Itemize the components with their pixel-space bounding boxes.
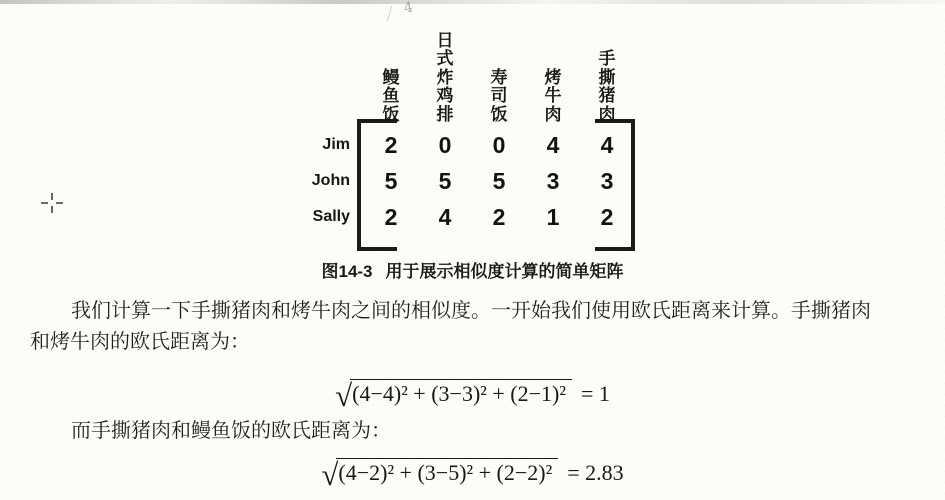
formula-radicand: (4−2)² + (3−5)² + (2−2)²	[336, 458, 558, 486]
matrix-cell: 2	[472, 199, 526, 235]
matrix-column-header-pulled-pork: 手撕猪肉	[580, 50, 634, 124]
column-header-label: 寿司饭	[490, 69, 508, 125]
crosshair-cursor-icon	[41, 192, 63, 214]
formula-radicand: (4−4)² + (3−3)² + (2−1)²	[350, 379, 572, 407]
paragraph-line: 我们计算一下手撕猪肉和烤牛肉之间的相似度。一开始我们使用欧氏距离来计算。手撕猪肉	[30, 296, 916, 327]
column-header-label: 日式炸鸡排	[436, 32, 454, 125]
radical-sign: √	[321, 459, 336, 490]
matrix-cell: 2	[364, 127, 418, 163]
matrix-row-labels: Jim John Sally	[262, 127, 350, 235]
scan-edge-artifact	[0, 0, 945, 4]
matrix-cell: 3	[526, 163, 580, 199]
column-header-label: 鳗鱼饭	[382, 69, 400, 125]
matrix-cell: 1	[526, 199, 580, 235]
matrix-cell: 0	[418, 127, 472, 163]
matrix-column-header-eel-rice: 鳗鱼饭	[364, 69, 418, 125]
matrix-cell: 4	[580, 127, 634, 163]
matrix-column-headers: 鳗鱼饭 日式炸鸡排 寿司饭 烤牛肉 手撕猪肉	[364, 12, 634, 124]
matrix-cell: 2	[580, 199, 634, 235]
matrix-cell: 2	[364, 199, 418, 235]
matrix-cell: 5	[472, 163, 526, 199]
matrix-cell: 5	[418, 163, 472, 199]
figure-caption-text: 用于展示相似度计算的简单矩阵	[386, 262, 624, 281]
figure-caption: 图14-3用于展示相似度计算的简单矩阵	[0, 257, 945, 282]
matrix-cell: 0	[472, 127, 526, 163]
matrix-column-header-roast-beef: 烤牛肉	[526, 69, 580, 125]
matrix-row-label-sally: Sally	[262, 199, 350, 235]
formula-result: = 2.83	[567, 460, 623, 485]
figure-caption-number: 图14-3	[321, 262, 372, 281]
matrix-row: 5 5 5 3 3	[364, 163, 634, 199]
matrix-column-header-fried-chicken: 日式炸鸡排	[418, 32, 472, 125]
matrix-row: 2 0 0 4 4	[364, 127, 634, 163]
radical-sign: √	[335, 380, 350, 411]
paragraph-eel-rice-distance: 而手撕猪肉和鳗鱼饭的欧氏距离为：	[30, 416, 916, 447]
matrix-column-header-sushi: 寿司饭	[472, 69, 526, 125]
matrix-cell: 4	[526, 127, 580, 163]
matrix-row-label-john: John	[262, 163, 350, 199]
euclidean-distance-formula-1: √(4−4)² + (3−3)² + (2−1)²= 1	[0, 379, 945, 411]
matrix-values-grid: 2 0 0 4 4 5 5 5 3 3 2 4 2 1 2	[364, 127, 634, 235]
matrix-cell: 4	[418, 199, 472, 235]
column-header-label: 烤牛肉	[544, 69, 562, 125]
euclidean-distance-formula-2: √(4−2)² + (3−5)² + (2−2)²= 2.83	[0, 458, 945, 490]
scanned-book-page: 4 鳗鱼饭 日式炸鸡排 寿司饭 烤牛肉 手撕猪肉 Jim John Sally …	[0, 0, 945, 500]
paragraph-similarity-intro: 我们计算一下手撕猪肉和烤牛肉之间的相似度。一开始我们使用欧氏距离来计算。手撕猪肉…	[30, 296, 916, 358]
matrix-cell: 3	[580, 163, 634, 199]
matrix-row-label-jim: Jim	[262, 127, 350, 163]
column-header-label: 手撕猪肉	[598, 50, 616, 124]
matrix-row: 2 4 2 1 2	[364, 199, 634, 235]
paragraph-line: 和烤牛肉的欧氏距离为：	[30, 327, 916, 358]
formula-result: = 1	[581, 381, 610, 406]
matrix-cell: 5	[364, 163, 418, 199]
